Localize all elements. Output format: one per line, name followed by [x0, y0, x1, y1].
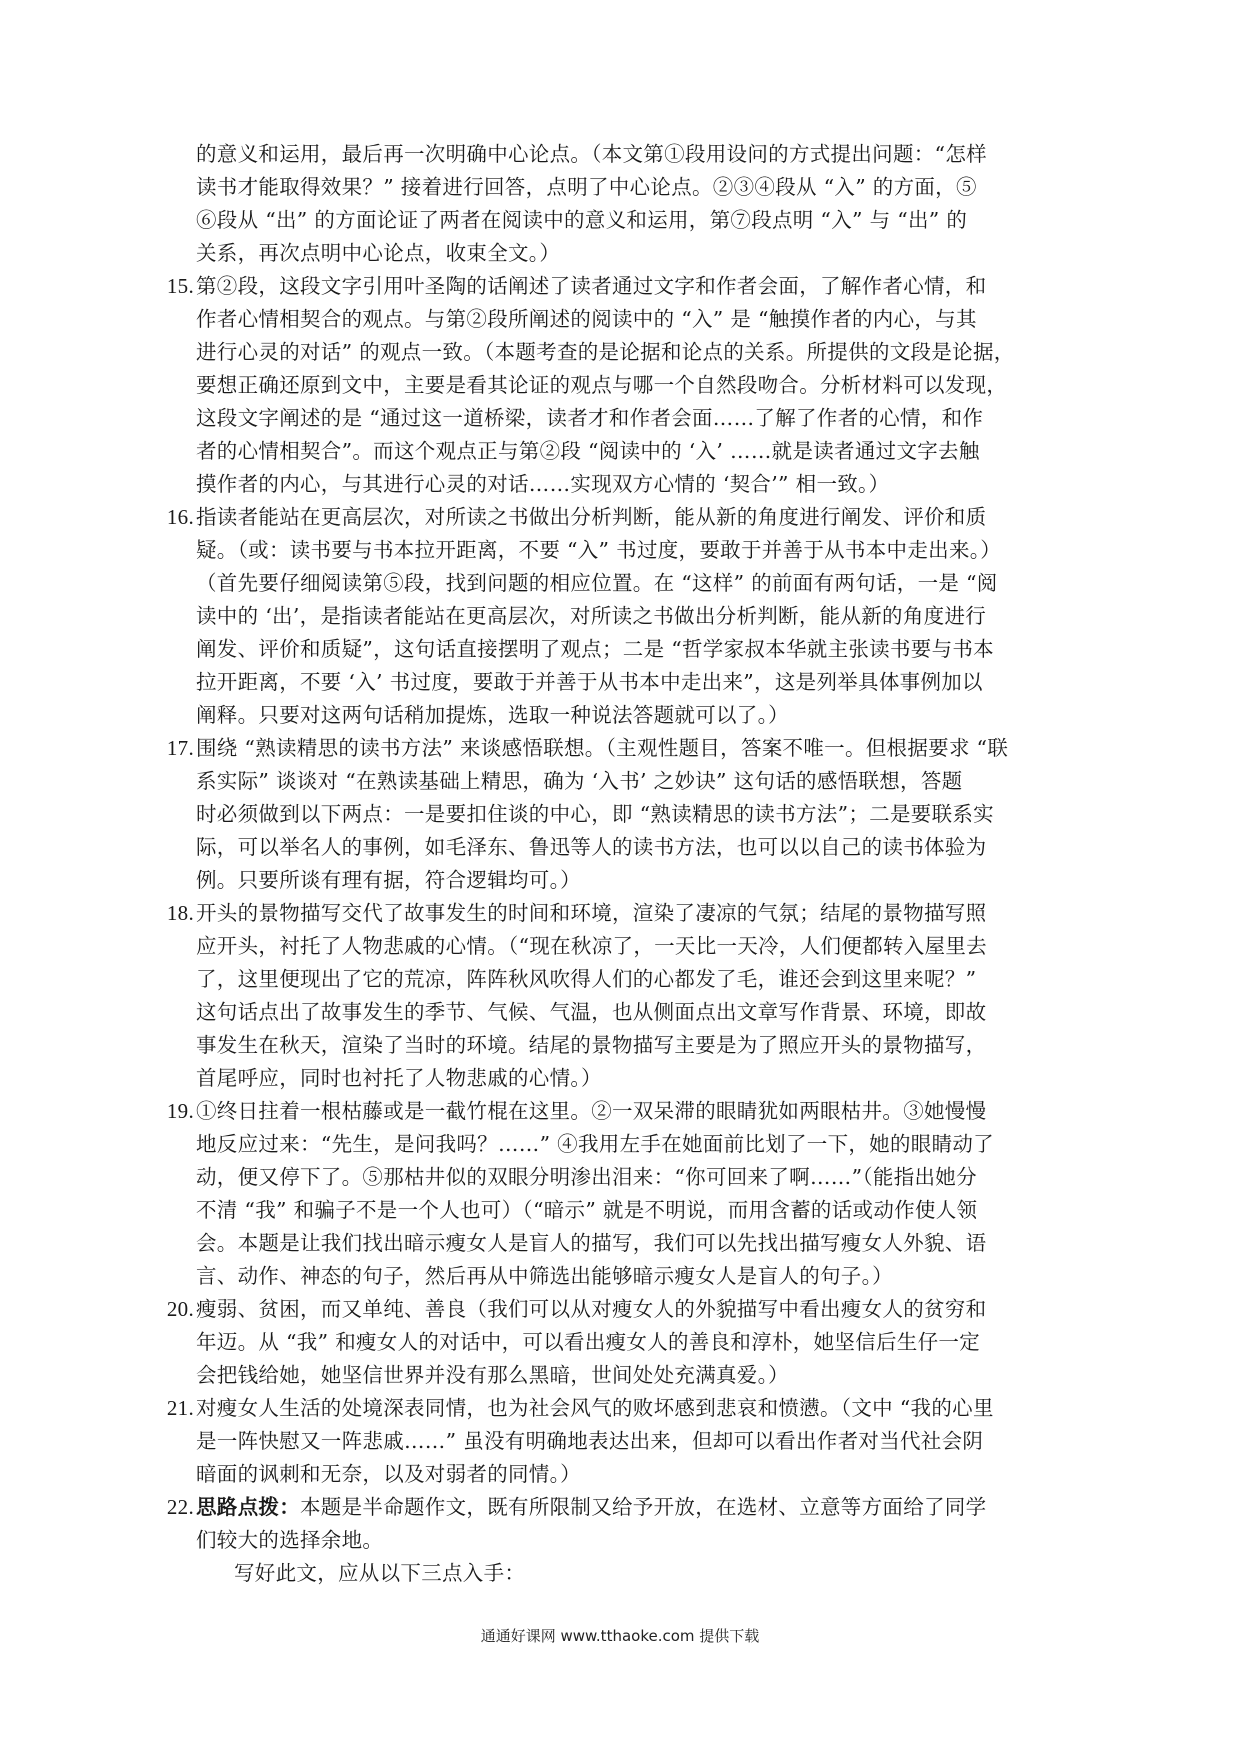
item-number: 15.: [148, 270, 194, 303]
text-line: 读中的 ‘出’，是指读者能站在更高层次，对所读之书做出分析判断，能从新的角度进行: [196, 600, 1062, 633]
text-line: 进行心灵的对话” 的观点一致。（本题考查的是论据和论点的关系。所提供的文段是论据…: [196, 336, 1062, 369]
text-line: 这句话点出了故事发生的季节、气候、气温，也从侧面点出文章写作背景、环境，即故: [196, 996, 1062, 1029]
text-line: 开头的景物描写交代了故事发生的时间和环境，渲染了凄凉的气氛；结尾的景物描写照: [196, 897, 1062, 930]
answer-item-17: 17. 围绕 “熟读精思的读书方法” 来谈感悟联想。（主观性题目，答案不唯一。但…: [196, 732, 1062, 897]
text-line: 要想正确还原到文中，主要是看其论证的观点与哪一个自然段吻合。分析材料可以发现，: [196, 369, 1062, 402]
answer-item-18: 18. 开头的景物描写交代了故事发生的时间和环境，渲染了凄凉的气氛；结尾的景物描…: [196, 897, 1062, 1095]
item-number: 20.: [148, 1293, 194, 1326]
text-line: 言、动作、神态的句子，然后再从中筛选出能够暗示瘦女人是盲人的句子。）: [196, 1260, 1062, 1293]
answer-item-20: 20. 瘦弱、贫困，而又单纯、善良（我们可以从对瘦女人的外貌描写中看出瘦女人的贫…: [196, 1293, 1062, 1392]
text-line: 们较大的选择余地。: [196, 1524, 1062, 1557]
item-number: 16.: [148, 501, 194, 534]
text-line: 系实际” 谈谈对 “在熟读基础上精思，确为 ‘入书’ 之妙诀” 这句话的感悟联想…: [196, 765, 1062, 798]
text-line: 应开头，衬托了人物悲戚的心情。（“现在秋凉了，一天比一天冷，人们便都转入屋里去: [196, 930, 1062, 963]
text-line: 会把钱给她，她坚信世界并没有那么黑暗，世间处处充满真爱。）: [196, 1359, 1062, 1392]
text-line: （首先要仔细阅读第⑤段，找到问题的相应位置。在 “这样” 的前面有两句话，一是 …: [196, 567, 1062, 600]
answer-page: 的意义和运用，最后再一次明确中心论点。（本文第①段用设问的方式提出问题：“怎样 …: [196, 138, 1062, 1590]
text-line: 阐发、评价和质疑”，这句话直接摆明了观点；二是 “哲学家叔本华就主张读书要与书本: [196, 633, 1062, 666]
text-line: 例。只要所谈有理有据，符合逻辑均可。）: [196, 864, 1062, 897]
page-footer: 通通好课网 www.tthaoke.com 提供下载: [0, 1625, 1240, 1646]
text-line: 事发生在秋天，渲染了当时的环境。结尾的景物描写主要是为了照应开头的景物描写，: [196, 1029, 1062, 1062]
text-line: 拉开距离，不要 ‘入’ 书过度，要敢于并善于从书本中走出来”，这是列举具体事例加…: [196, 666, 1062, 699]
text-line: 暗面的讽刺和无奈，以及对弱者的同情。）: [196, 1458, 1062, 1491]
text-line: 地反应过来：“先生，是问我吗？……” ④我用左手在她面前比划了一下，她的眼睛动了: [196, 1128, 1062, 1161]
text-line: 摸作者的内心，与其进行心灵的对话……实现双方心情的 ‘契合’” 相一致。）: [196, 468, 1062, 501]
text-line: 动，便又停下了。⑤那枯井似的双眼分明渗出泪来：“你可回来了啊……”（能指出她分: [196, 1161, 1062, 1194]
text-line: 疑。（或：读书要与书本拉开距离，不要 “入” 书过度，要敢于并善于从书本中走出来…: [196, 534, 1062, 567]
continuation-paragraph: 的意义和运用，最后再一次明确中心论点。（本文第①段用设问的方式提出问题：“怎样 …: [196, 138, 1062, 270]
text-line: 关系，再次点明中心论点，收束全文。）: [196, 237, 1062, 270]
answer-item-19: 19. ①终日拄着一根枯藤或是一截竹棍在这里。②一双呆滞的眼睛犹如两眼枯井。③她…: [196, 1095, 1062, 1293]
hint-label: 思路点拨：: [196, 1495, 300, 1519]
item-number: 18.: [148, 897, 194, 930]
text-line: 年迈。从 “我” 和瘦女人的对话中，可以看出瘦女人的善良和淳朴，她坚信后生仔一定: [196, 1326, 1062, 1359]
text-line: 的意义和运用，最后再一次明确中心论点。（本文第①段用设问的方式提出问题：“怎样: [196, 138, 1062, 171]
text-line: 阐释。只要对这两句话稍加提炼，选取一种说法答题就可以了。）: [196, 699, 1062, 732]
text-line: 首尾呼应，同时也衬托了人物悲戚的心情。）: [196, 1062, 1062, 1095]
text-line: 不清 “我” 和骗子不是一个人也可）（“暗示” 就是不明说，而用含蓄的话或动作使…: [196, 1194, 1062, 1227]
answer-item-22: 22. 思路点拨：本题是半命题作文，既有所限制又给予开放，在选材、立意等方面给了…: [196, 1491, 1062, 1590]
text-line: ①终日拄着一根枯藤或是一截竹棍在这里。②一双呆滞的眼睛犹如两眼枯井。③她慢慢: [196, 1095, 1062, 1128]
text-line: 瘦弱、贫困，而又单纯、善良（我们可以从对瘦女人的外貌描写中看出瘦女人的贫穷和: [196, 1293, 1062, 1326]
text-line: 者的心情相契合”。而这个观点正与第②段 “阅读中的 ‘入’ ……就是读者通过文字…: [196, 435, 1062, 468]
item-number: 22.: [148, 1491, 194, 1524]
answer-item-16: 16. 指读者能站在更高层次，对所读之书做出分析判断，能从新的角度进行阐发、评价…: [196, 501, 1062, 732]
answer-item-21: 21. 对瘦女人生活的处境深表同情，也为社会风气的败坏感到悲哀和愤懑。（文中 “…: [196, 1392, 1062, 1491]
text-line: 指读者能站在更高层次，对所读之书做出分析判断，能从新的角度进行阐发、评价和质: [196, 501, 1062, 534]
text-line: ⑥段从 “出” 的方面论证了两者在阅读中的意义和运用，第⑦段点明 “入” 与 “…: [196, 204, 1062, 237]
text-line: 第②段，这段文字引用叶圣陶的话阐述了读者通过文字和作者会面，了解作者心情，和: [196, 270, 1062, 303]
answer-item-15: 15. 第②段，这段文字引用叶圣陶的话阐述了读者通过文字和作者会面，了解作者心情…: [196, 270, 1062, 501]
item-number: 21.: [148, 1392, 194, 1425]
item-number: 19.: [148, 1095, 194, 1128]
text-line: 会。本题是让我们找出暗示瘦女人是盲人的描写，我们可以先找出描写瘦女人外貌、语: [196, 1227, 1062, 1260]
text-line: 这段文字阐述的是 “通过这一道桥梁，读者才和作者会面……了解了作者的心情，和作: [196, 402, 1062, 435]
text-line: 时必须做到以下两点：一是要扣住谈的中心，即 “熟读精思的读书方法”；二是要联系实: [196, 798, 1062, 831]
item-number: 17.: [148, 732, 194, 765]
text-line: 际，可以举名人的事例，如毛泽东、鲁迅等人的读书方法，也可以以自己的读书体验为: [196, 831, 1062, 864]
text-line: 对瘦女人生活的处境深表同情，也为社会风气的败坏感到悲哀和愤懑。（文中 “我的心里: [196, 1392, 1062, 1425]
hint-text: 本题是半命题作文，既有所限制又给予开放，在选材、立意等方面给了同学: [300, 1495, 986, 1519]
text-line: 读书才能取得效果？” 接着进行回答，点明了中心论点。②③④段从 “入” 的方面，…: [196, 171, 1062, 204]
text-line: 围绕 “熟读精思的读书方法” 来谈感悟联想。（主观性题目，答案不唯一。但根据要求…: [196, 732, 1062, 765]
text-line: 作者心情相契合的观点。与第②段所阐述的阅读中的 “入” 是 “触摸作者的内心，与…: [196, 303, 1062, 336]
text-line: 了，这里便现出了它的荒凉，阵阵秋风吹得人们的心都发了毛，谁还会到这里来呢？”: [196, 963, 1062, 996]
indented-text-line: 写好此文，应从以下三点入手：: [196, 1557, 1062, 1590]
text-line: 是一阵快慰又一阵悲戚……” 虽没有明确地表达出来，但却可以看出作者对当代社会阴: [196, 1425, 1062, 1458]
text-line: 思路点拨：本题是半命题作文，既有所限制又给予开放，在选材、立意等方面给了同学: [196, 1491, 1062, 1524]
